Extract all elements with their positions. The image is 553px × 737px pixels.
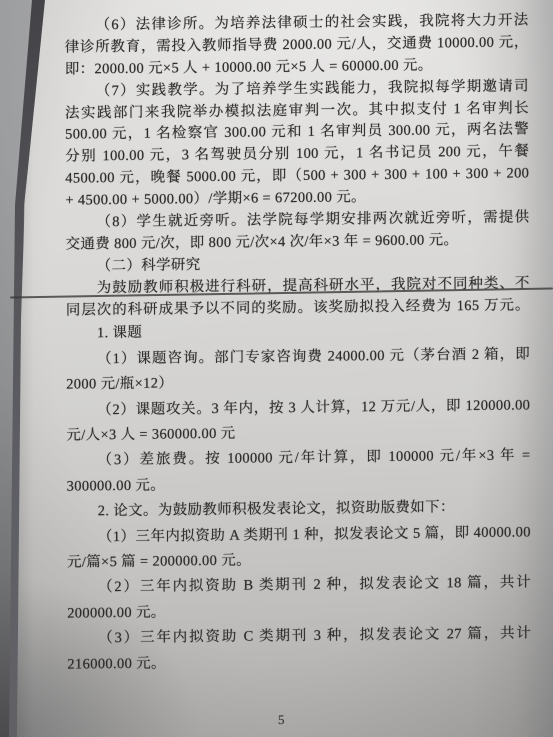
text-line: （3）三年内拟资助 C 类期刊 3 种，拟发表论文 27 篇，共计 xyxy=(67,622,531,653)
text-line: （3）差旅费。按 100000 元/年计算，即 100000 元/年×3 年 = xyxy=(66,444,530,475)
text-line: （2）课题攻关。3 年内，按 3 人计算，12 万元/人，即 120000.00 xyxy=(66,393,530,424)
text-line: （2）三年内拟资助 B 类期刊 2 种，拟发表论文 18 篇，共计 xyxy=(67,571,531,602)
text-line: 216000.00 元。 xyxy=(67,647,531,678)
document-text: （6）法律诊所。为培养法律硕士的社会实践，我院将大力开法律诊所教育，需投入教师指… xyxy=(65,10,532,677)
document-page: （6）法律诊所。为培养法律硕士的社会实践，我院将大力开法律诊所教育，需投入教师指… xyxy=(0,0,553,737)
text-line: （1）三年内拟资助 A 类期刊 1 种，拟发表论文 5 篇，即 40000.00 xyxy=(67,520,531,551)
photo-of-document-page: （6）法律诊所。为培养法律硕士的社会实践，我院将大力开法律诊所教育，需投入教师指… xyxy=(0,0,553,737)
page-number: 5 xyxy=(278,712,285,728)
